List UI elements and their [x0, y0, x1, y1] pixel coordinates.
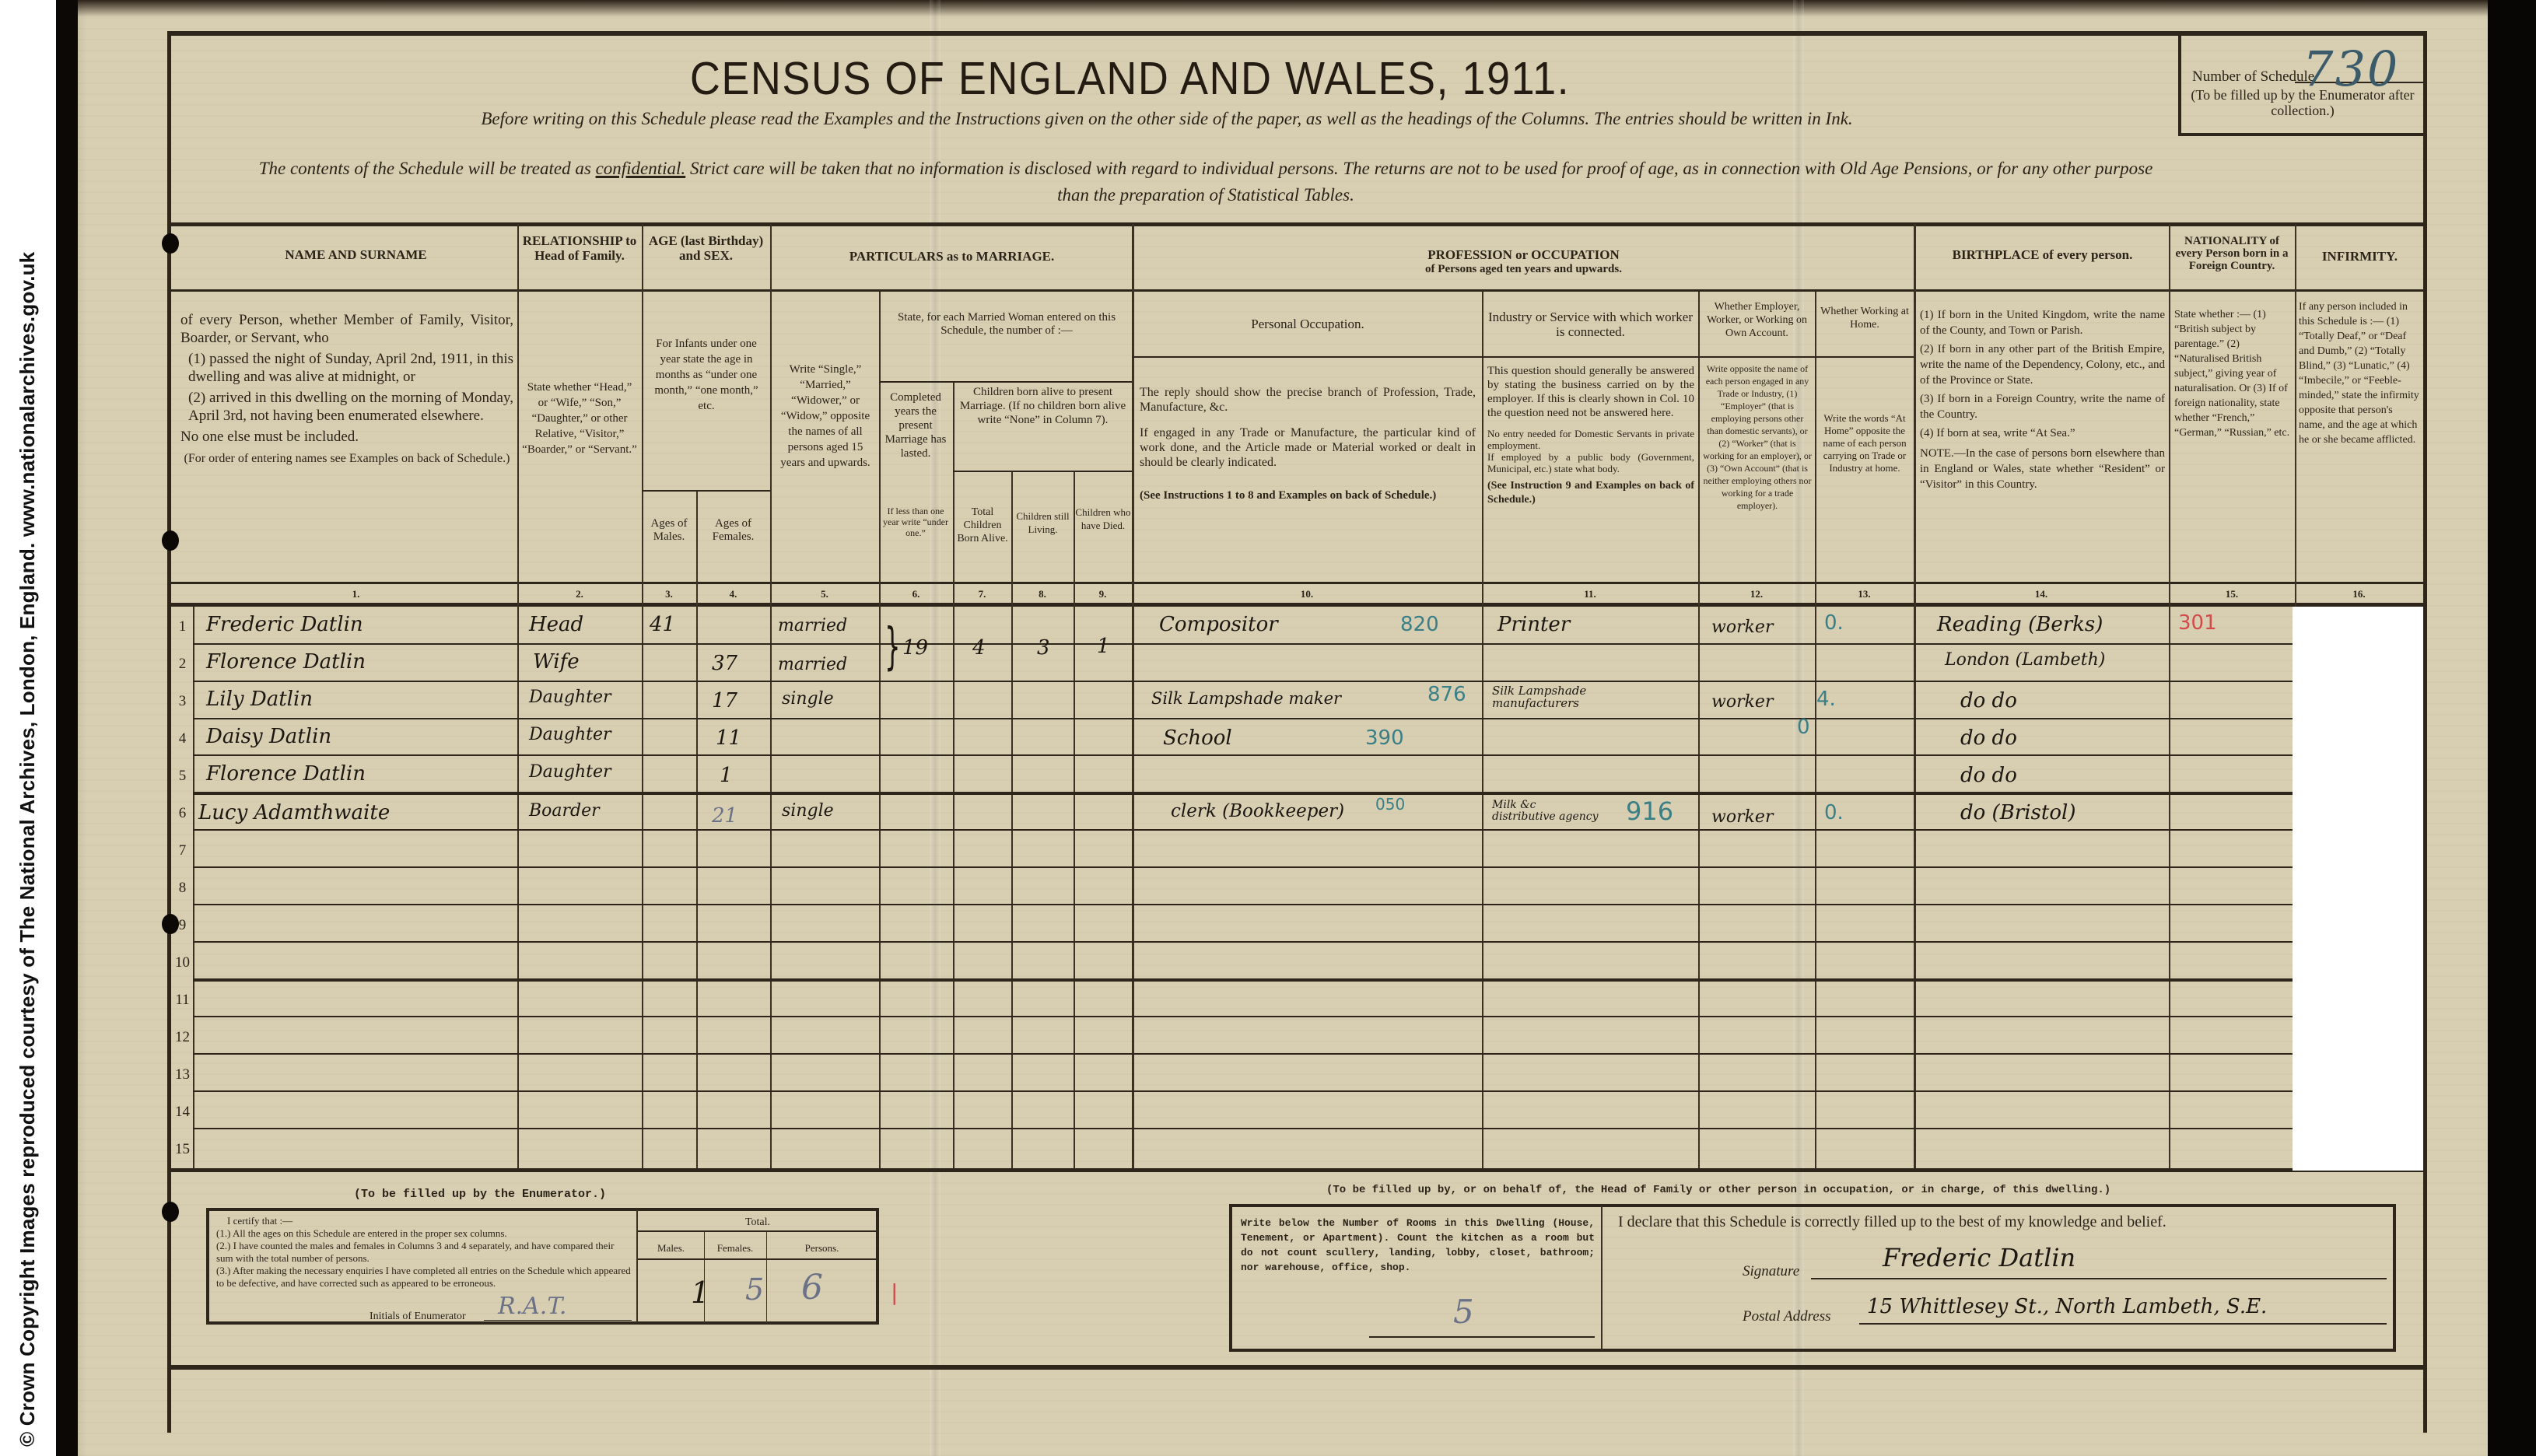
cell-years-married: 19: [902, 636, 928, 660]
col-infirmity-desc: If any person included in this Schedule …: [2299, 299, 2422, 447]
col-divider: [642, 224, 643, 1171]
colnum-15: 15.: [2169, 588, 2295, 600]
col-name-title: NAME AND SURNAME: [194, 247, 517, 262]
red-tick-mark: |: [891, 1279, 898, 1305]
row-rule: [193, 1090, 2423, 1092]
redacted-infirmity-column: [2293, 607, 2423, 1171]
cell-name: Florence Datlin: [206, 762, 366, 786]
col-marriage-title: PARTICULARS as to MARRIAGE.: [772, 249, 1132, 264]
binder-hole: [162, 530, 179, 551]
cell-relationship: Wife: [533, 650, 580, 674]
col-divider: [1914, 224, 1916, 1171]
cell-age-female: 37: [712, 652, 737, 675]
postal-address-value: 15 Whittlesey St., North Lambeth, S.E.: [1867, 1295, 2267, 1318]
col-occupation-title: PROFESSION or OCCUPATION: [1133, 247, 1914, 262]
subhead-rule: [879, 381, 1132, 383]
row-rule: [193, 754, 2423, 756]
col-name-desc: of every Person, whether Member of Famil…: [180, 311, 513, 466]
cell-condition: married: [778, 655, 847, 674]
col-marriage-years: Completed years the present Marriage has…: [881, 390, 951, 460]
col-age-males: Ages of Males.: [643, 517, 695, 544]
address-line: [1859, 1323, 2387, 1325]
row-number: 1: [170, 618, 195, 635]
signature-value: Frederic Datlin: [1883, 1243, 2075, 1272]
cell-name: Florence Datlin: [206, 650, 366, 674]
col-employer-desc: Write opposite the name of each person e…: [1702, 362, 1813, 512]
confidential-word: confidential.: [596, 159, 686, 178]
cell-employment: worker: [1711, 618, 1773, 637]
col-children-living: Children still Living.: [1013, 509, 1073, 536]
row-number: 15: [170, 1141, 195, 1158]
colnum-3: 3.: [642, 588, 696, 600]
col-employer: Whether Employer, Worker, or Working on …: [1701, 300, 1813, 340]
cell-nationality-code: 301: [2178, 611, 2217, 635]
cell-age-female: 1: [720, 764, 733, 787]
enumerator-certification: I certify that :— (1.) All the ages on t…: [216, 1215, 632, 1290]
cell-name: Lucy Adamthwaite: [198, 801, 390, 824]
cell-occupation-code: 050: [1375, 795, 1405, 814]
cell-relationship: Daughter: [529, 688, 611, 707]
females-label: Females.: [704, 1241, 766, 1255]
scan-edge: [56, 0, 79, 1456]
confidential-notice: The contents of the Schedule will be tre…: [194, 156, 2217, 208]
row-rule: [193, 866, 2423, 868]
enumerator-initials: R.A.T.: [498, 1293, 566, 1320]
colnum-6: 6.: [879, 588, 953, 600]
scan-edge-right: [2488, 0, 2536, 1456]
colnum-1: 1.: [194, 588, 517, 600]
colnum-5: 5.: [770, 588, 879, 600]
cell-birthplace: do do: [1960, 764, 2017, 787]
page-title: CENSUS OF ENGLAND AND WALES, 1911.: [167, 52, 2093, 105]
cell-occupation: School: [1163, 726, 1232, 750]
colnum-rule-top: [167, 582, 2427, 584]
col-marriage-years-note: If less than one year write “under one.”: [881, 506, 951, 538]
colnum-4: 4.: [696, 588, 770, 600]
col-divider: [1074, 471, 1075, 1171]
cell-employment-code: 4.: [1816, 688, 1836, 711]
cell-birthplace: do (Bristol): [1960, 801, 2075, 824]
cell-employment: worker: [1711, 692, 1773, 712]
cell-industry: Silk Lampshade manufacturers: [1492, 684, 1609, 709]
cell-name: Daisy Datlin: [206, 725, 331, 748]
col-relationship-title: RELATIONSHIP to Head of Family.: [519, 233, 640, 263]
col-divider: [1482, 292, 1483, 1171]
colnum-11: 11.: [1482, 588, 1698, 600]
row-rule-thick: [193, 978, 2423, 982]
col-marriage-children: Children born alive to present Marriage.…: [955, 385, 1130, 427]
row-rule: [193, 1053, 2423, 1055]
col-infirmity-title: INFIRMITY.: [2296, 249, 2423, 264]
cell-age-female: 11: [716, 726, 741, 750]
row-number: 7: [170, 842, 195, 859]
cell-relationship: Boarder: [529, 801, 600, 821]
col-age-title: AGE (last Birthday) and SEX.: [643, 233, 769, 263]
colnum-8: 8.: [1011, 588, 1074, 600]
col-relationship-desc: State whether “Head,” or “Wife,” “Son,” …: [521, 380, 638, 457]
colnum-9: 9.: [1074, 588, 1132, 600]
col-nationality-title: NATIONALITY of every Person born in a Fo…: [2170, 235, 2293, 272]
schedule-number-value: 730: [2303, 40, 2399, 97]
cell-age-female: 21: [712, 804, 737, 828]
total-label: Total.: [638, 1215, 877, 1230]
rooms-line: [1369, 1336, 1595, 1338]
colnum-13: 13.: [1815, 588, 1914, 600]
household-divider: [1601, 1206, 1603, 1350]
col-nationality-desc: State whether :— (1) “British subject by…: [2174, 307, 2291, 440]
row-rule: [193, 904, 2423, 905]
row-number: 3: [170, 693, 195, 710]
row-rule-thick: [193, 792, 2423, 795]
rooms-count: 5: [1453, 1293, 1474, 1331]
col-industry-desc: This question should generally be answer…: [1487, 364, 1694, 507]
cell-industry: Milk &c distributive agency: [1492, 800, 1601, 823]
cell-occupation: Compositor: [1159, 613, 1278, 636]
col-birthplace-desc: (1) If born in the United Kingdom, write…: [1920, 307, 2165, 492]
col-home-desc: Write the words “At Home” opposite the n…: [1819, 412, 1911, 474]
colnum-2: 2.: [517, 588, 642, 600]
cell-occupation-code: 876: [1427, 683, 1466, 706]
marriage-brace: }: [884, 622, 900, 672]
total-males: 1: [691, 1276, 709, 1310]
cell-occupation-code: 820: [1400, 613, 1439, 636]
col-children-total: Total Children Born Alive.: [955, 506, 1011, 545]
postal-address-label: Postal Address: [1743, 1309, 1830, 1324]
colnum-10: 10.: [1132, 588, 1482, 600]
col-industry: Industry or Service with which worker is…: [1484, 310, 1697, 339]
col-divider: [1815, 292, 1816, 1171]
binder-hole: [162, 1202, 179, 1222]
cell-industry: Printer: [1497, 613, 1570, 636]
row-number: 12: [170, 1029, 195, 1046]
col-divider: [1011, 471, 1013, 1171]
col-divider: [517, 224, 519, 1171]
enumerator-rule: [638, 1258, 877, 1260]
total-persons: 6: [801, 1268, 823, 1307]
enumerator-heading: (To be filled up by the Enumerator.): [354, 1188, 606, 1201]
col-divider: [770, 224, 772, 1171]
row-rule: [193, 941, 2423, 943]
cell-age-female: 17: [712, 689, 737, 712]
subhead-rule: [1132, 356, 1914, 358]
cell-employment-code: 0: [1797, 716, 1810, 739]
col-personal-desc: The reply should show the precise branch…: [1140, 385, 1476, 503]
enumerator-initials-line: [484, 1320, 632, 1321]
colnum-14: 14.: [1914, 588, 2169, 600]
row-rule: [193, 681, 2423, 682]
cell-occupation-code: 390: [1365, 726, 1404, 750]
paper-top-edge: [78, 0, 2488, 17]
row-number: 11: [170, 992, 195, 1009]
cell-condition: married: [778, 616, 847, 635]
col-divider: [2169, 224, 2170, 1171]
cell-birthplace: do do: [1960, 689, 2017, 712]
cell-relationship: Daughter: [529, 725, 611, 744]
row-number: 2: [170, 656, 195, 673]
cell-children-born: 4: [972, 636, 986, 660]
rooms-instruction: Write below the Number of Rooms in this …: [1241, 1216, 1595, 1275]
enumerator-rule: [638, 1230, 877, 1232]
signature-line: [1811, 1278, 2387, 1279]
row-rule: [193, 829, 2423, 831]
cell-occupation: clerk (Bookkeeper): [1171, 801, 1344, 821]
col-marriage-woman: State, for each Married Woman entered on…: [883, 311, 1130, 338]
top-rule: [167, 31, 2427, 36]
instruction-text: Before writing on this Schedule please r…: [202, 109, 2131, 129]
declaration-text: I declare that this Schedule is correctl…: [1618, 1215, 2166, 1230]
col-marriage-condition: Write “Single,” “Married,” “Widower,” or…: [774, 362, 877, 471]
col-personal-occupation: Personal Occupation.: [1133, 317, 1482, 331]
col-divider: [1698, 292, 1700, 1171]
row-number: 13: [170, 1066, 195, 1083]
row-number: 10: [170, 954, 195, 971]
binder-hole: [162, 914, 179, 934]
row-rule: [193, 718, 2423, 719]
household-heading: (To be filled up by, or on behalf of, th…: [1326, 1184, 2110, 1196]
subhead-rule: [953, 471, 1132, 472]
col-divider: [953, 381, 955, 1171]
binder-hole: [162, 233, 179, 254]
cell-condition: single: [782, 689, 834, 709]
enumerator-initials-label: Initials of Enumerator: [370, 1309, 466, 1324]
colnum-16: 16.: [2295, 588, 2423, 600]
cell-employment-code: 0.: [1824, 611, 1844, 635]
subhead-rule: [642, 490, 770, 492]
col-age-females: Ages of Females.: [698, 517, 769, 544]
cell-name: Lily Datlin: [206, 688, 313, 711]
total-females: 5: [745, 1272, 764, 1307]
cell-employment-code: 0.: [1824, 801, 1844, 824]
cell-age-male: 41: [650, 613, 675, 636]
row-rule: [193, 1128, 2423, 1129]
cell-birthplace: Reading (Berks): [1937, 613, 2103, 636]
cell-relationship: Head: [529, 613, 583, 636]
cell-employment: worker: [1711, 807, 1773, 827]
row-rule: [193, 643, 2423, 645]
col-children-died: Children who have Died.: [1075, 506, 1131, 532]
males-label: Males.: [638, 1241, 704, 1255]
header-rule: [167, 222, 2427, 226]
colnum-12: 12.: [1698, 588, 1815, 600]
cell-relationship: Daughter: [529, 762, 611, 782]
row-number: 14: [170, 1104, 195, 1121]
cell-industry-code: 916: [1626, 796, 1673, 826]
cell-name: Frederic Datlin: [206, 613, 363, 636]
cell-birthplace: London (Lambeth): [1945, 650, 2105, 670]
col-birthplace-title: BIRTHPLACE of every person.: [1916, 247, 2169, 262]
col-occupation-subtitle: of Persons aged ten years and upwards.: [1133, 263, 1914, 276]
row-rule: [193, 1016, 2423, 1017]
signature-label: Signature: [1743, 1264, 1799, 1279]
bottom-rule: [167, 1365, 2427, 1370]
cell-occupation: Silk Lampshade maker: [1151, 689, 1341, 708]
col-age-desc: For Infants under one year state the age…: [647, 336, 765, 414]
cell-children-died: 1: [1097, 635, 1110, 658]
row-number: 8: [170, 880, 195, 897]
cell-birthplace: do do: [1960, 726, 2017, 750]
cell-condition: single: [782, 801, 834, 821]
colnum-7: 7.: [953, 588, 1011, 600]
copyright-text: © Crown Copyright Images reproduced cour…: [16, 252, 40, 1447]
col-divider: [1132, 224, 1134, 1171]
cell-children-living: 3: [1037, 636, 1050, 660]
row-number: 5: [170, 768, 195, 785]
persons-label: Persons.: [766, 1241, 877, 1255]
col-home: Whether Working at Home.: [1817, 305, 1912, 331]
row-number: 6: [170, 805, 195, 822]
header-subrule: [167, 289, 2427, 292]
row-number: 4: [170, 730, 195, 747]
table-bottom-rule: [167, 1168, 2427, 1172]
copyright-strip: © Crown Copyright Images reproduced cour…: [0, 0, 56, 1456]
colnum-rule-bottom: [167, 603, 2427, 607]
